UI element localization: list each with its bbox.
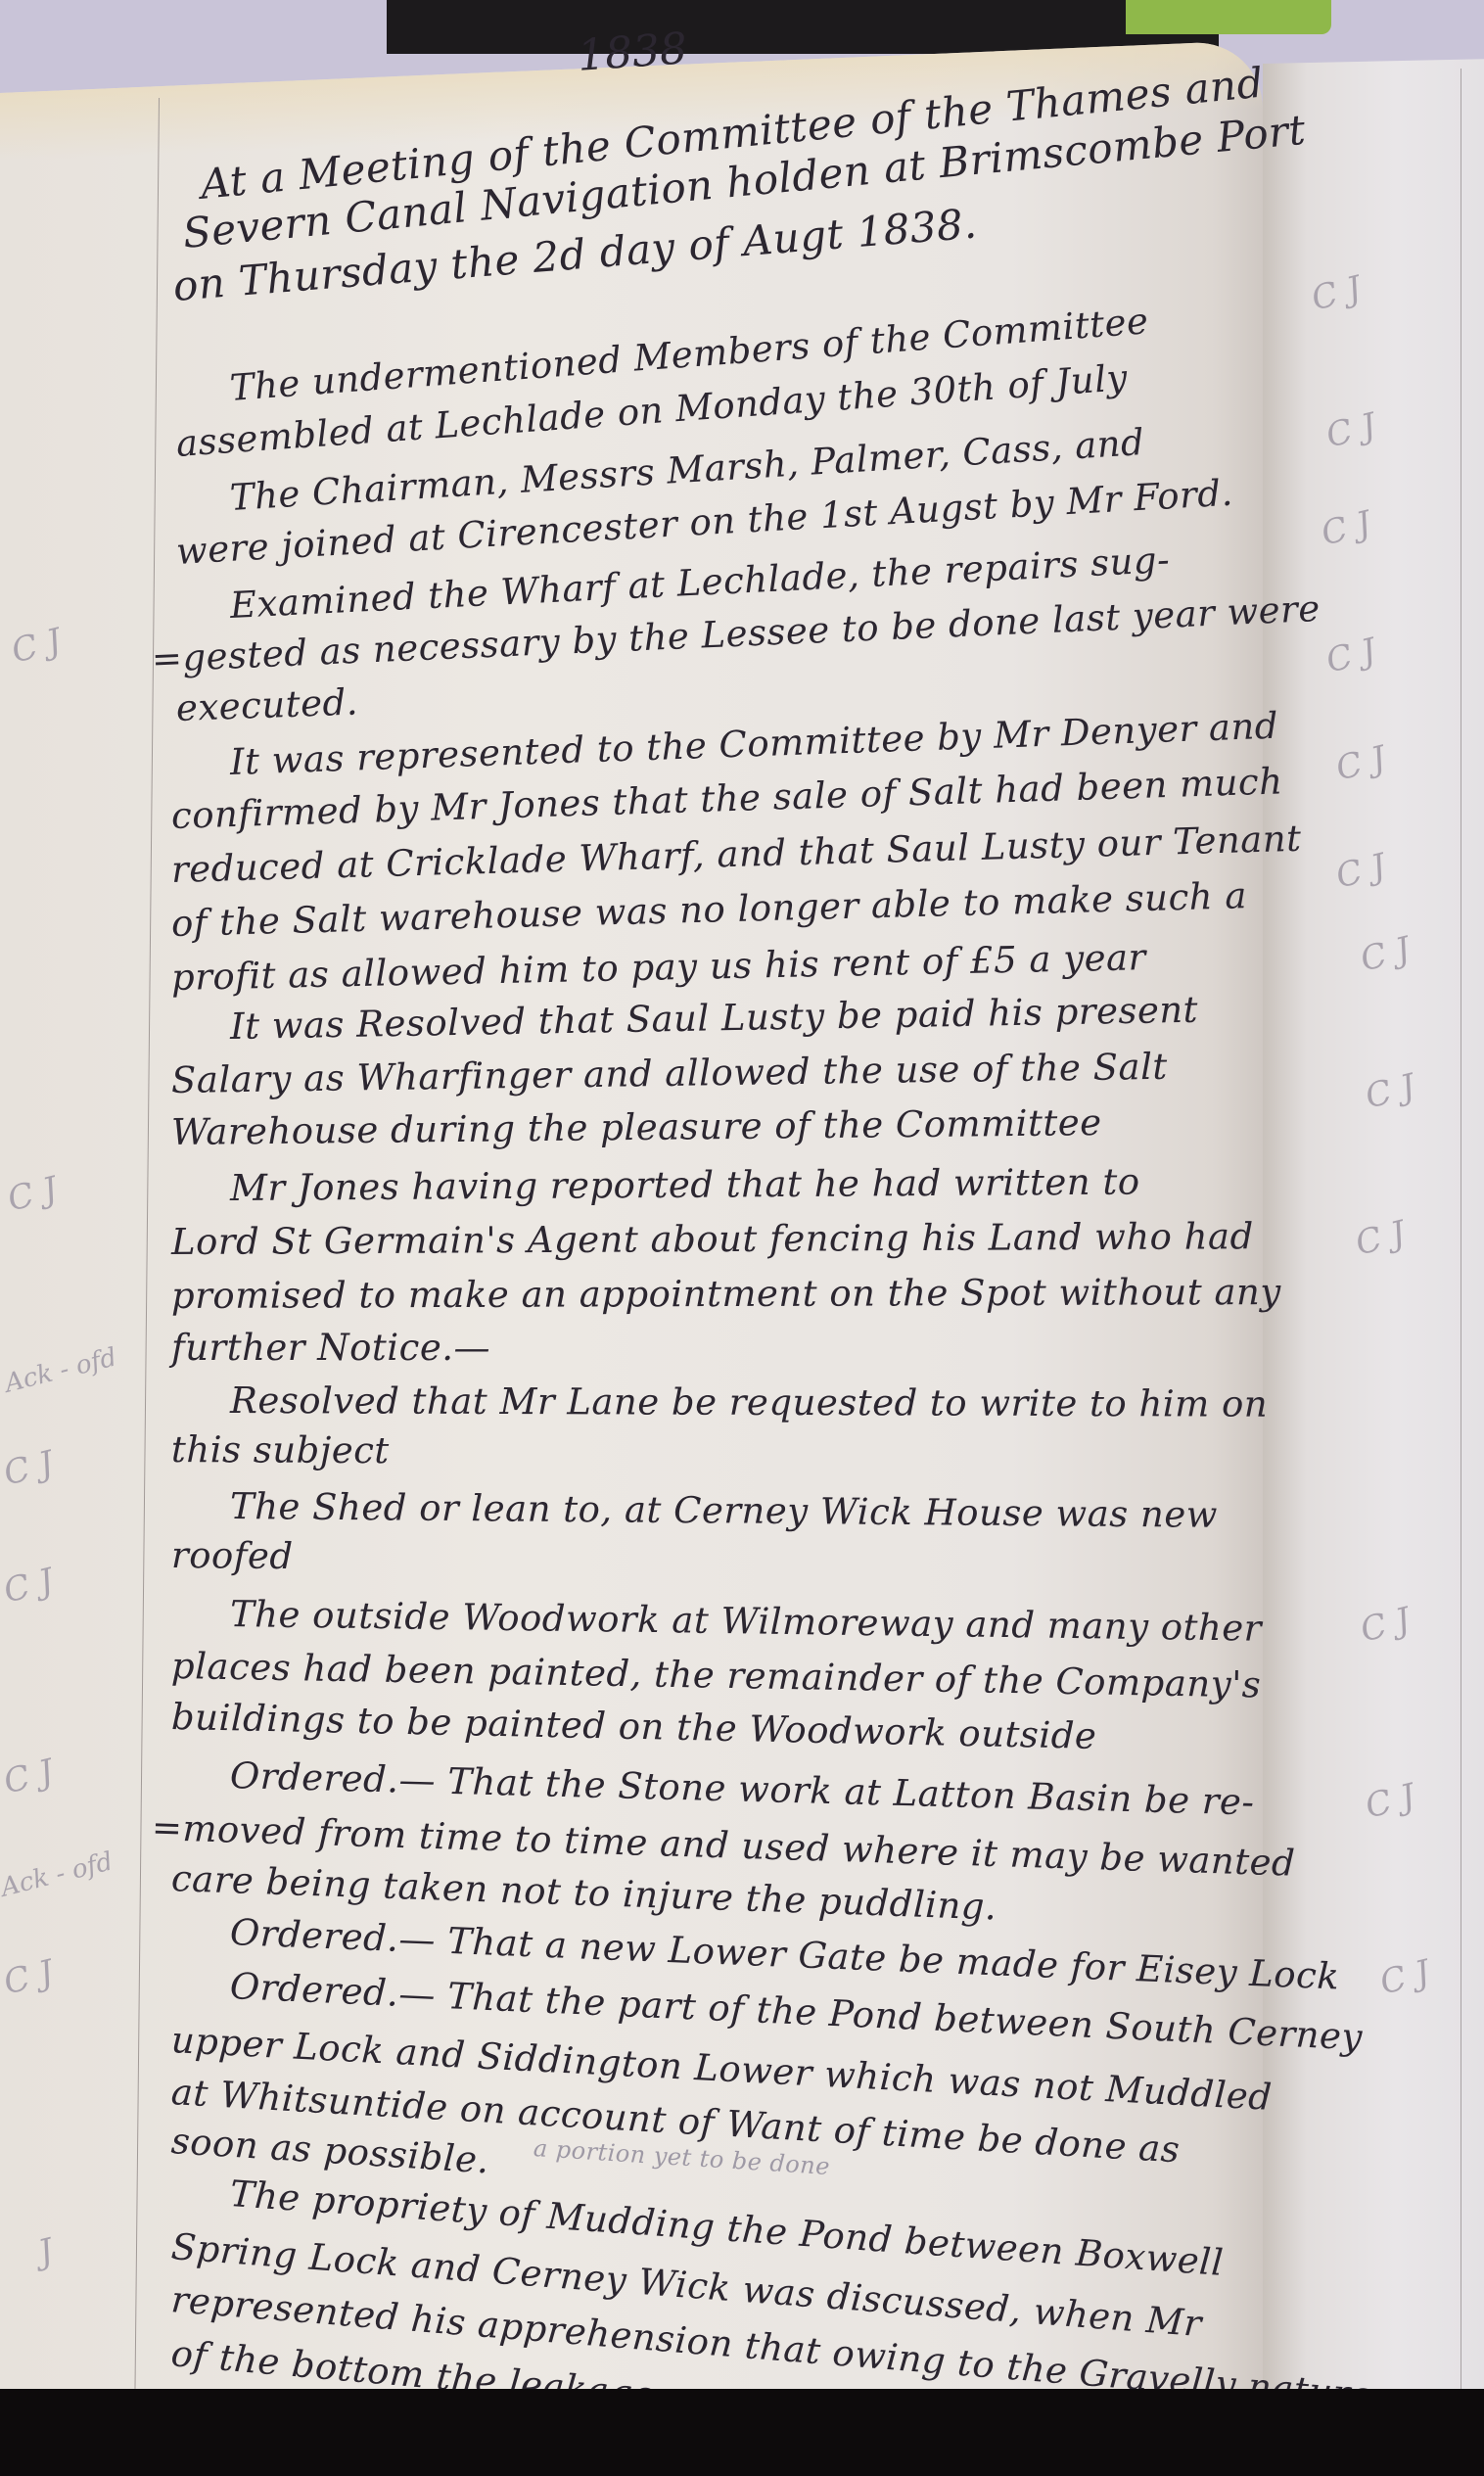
text-line: Resolved that Mr Lane be requested to wr… bbox=[230, 1382, 1268, 1423]
text-line: roofed bbox=[171, 1537, 294, 1574]
background-table bbox=[0, 2389, 1484, 2476]
facing-page-margin-rule bbox=[1461, 69, 1461, 2418]
text-line: further Notice.— bbox=[171, 1330, 490, 1366]
text-line: Warehouse during the pleasure of the Com… bbox=[171, 1104, 1102, 1150]
year-heading: 1838 bbox=[576, 23, 688, 81]
text-line: Lord St Germain's Agent about fencing hi… bbox=[171, 1218, 1254, 1260]
text-line: promised to make an appointment on the S… bbox=[171, 1274, 1281, 1314]
text-line: executed. bbox=[175, 684, 358, 726]
background-shadow bbox=[387, 0, 1219, 54]
text-line: this subject bbox=[171, 1431, 390, 1469]
text-line: Mr Jones having reported that he had wri… bbox=[230, 1164, 1140, 1206]
background-green-object bbox=[1126, 0, 1331, 34]
text-line: The Shed or lean to, at Cerney Wick Hous… bbox=[230, 1488, 1218, 1533]
